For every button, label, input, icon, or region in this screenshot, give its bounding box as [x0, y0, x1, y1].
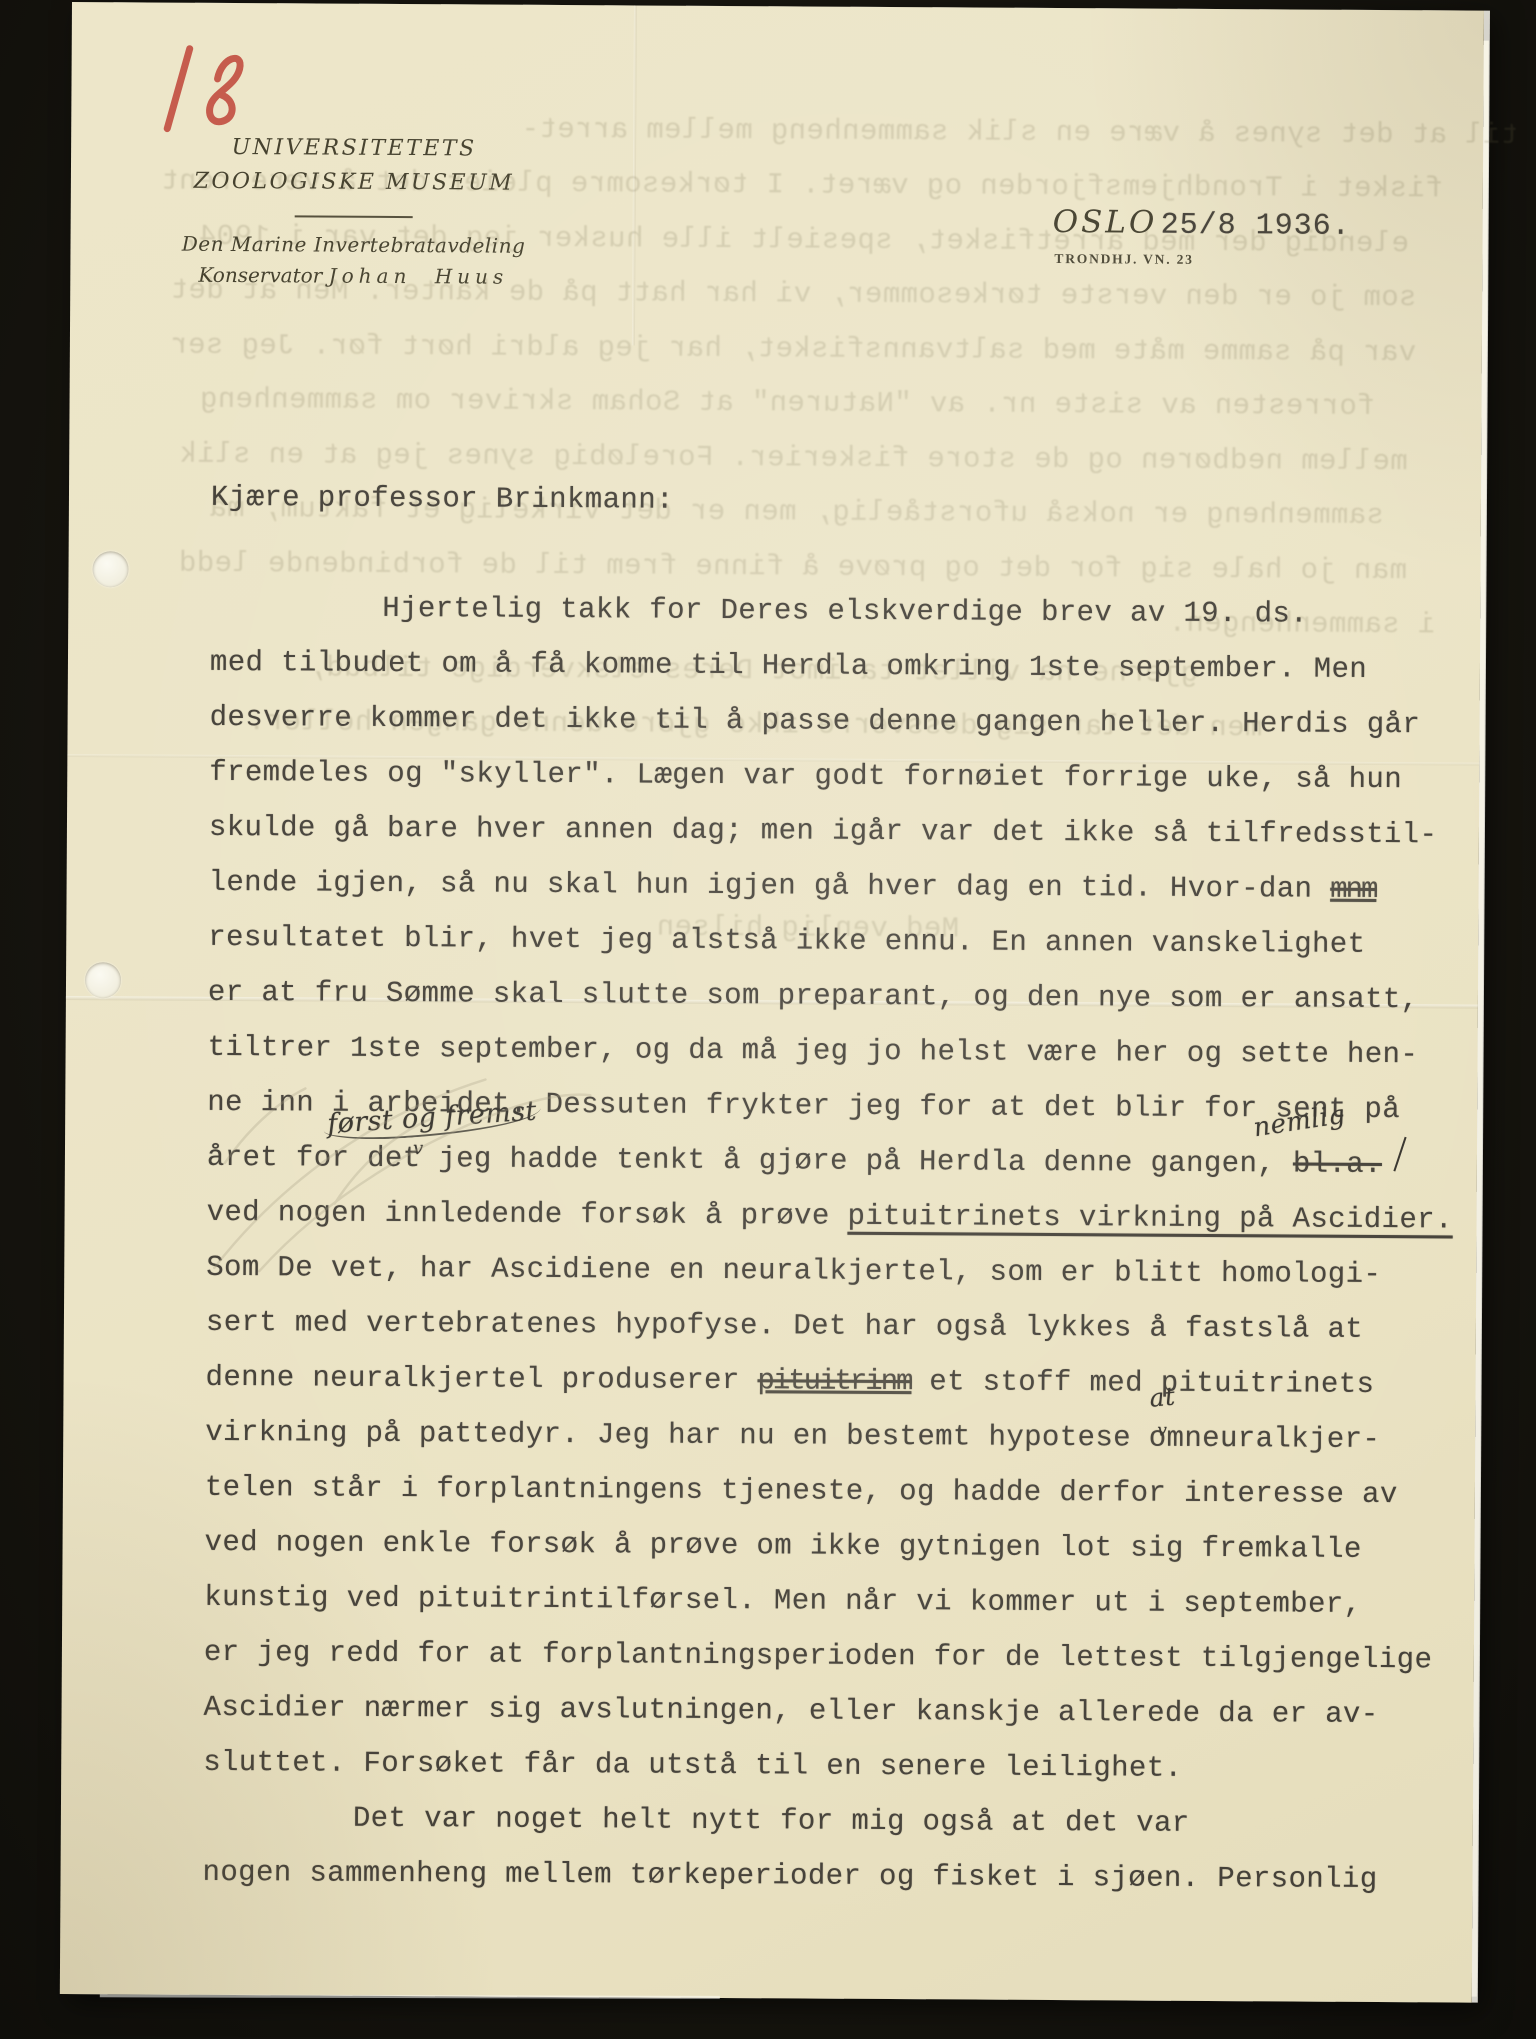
bleedthrough-line: mellem nedbøren og de store fiskerier. F…: [179, 438, 1408, 479]
body-line: desverre kommer det ikke til å passe den…: [209, 701, 1420, 752]
letterhead-curator: Konservator Johan Huus: [148, 258, 558, 293]
obliterated-word: pituitrinm: [757, 1364, 911, 1398]
body-line: nogen sammenheng mellem tørkeperioder og…: [202, 1856, 1377, 1907]
body-line: lende igjen, så nu skal hun igjen gå hve…: [208, 866, 1376, 917]
letterhead-department: Den Marine Invertebratavdeling: [148, 228, 558, 261]
letter-page: kjenner jeg til at det synes å være en s…: [60, 2, 1484, 2003]
curator-title: Konservator: [198, 263, 328, 288]
body-line: resultatet blir, hvet jeg alstså ikke en…: [208, 921, 1365, 972]
curator-name: Johan Huus: [329, 264, 509, 289]
paper-edge-highlight: [100, 1994, 720, 1999]
verso-bleedthrough: kjenner jeg til at det synes å være en s…: [192, 3, 1492, 11]
salutation: Kjære professor Brinkmann:: [211, 481, 674, 517]
bleedthrough-line: var på samme måte med saltvannsfisket, h…: [170, 329, 1416, 370]
obliterated-word: mnm: [1330, 873, 1376, 906]
body-text: neuralkjer-: [1184, 1422, 1380, 1456]
body-text: lende igjen, så nu skal hun igjen gå hve…: [209, 866, 1331, 906]
body-text: virkning på pattedyr. Jeg har nu en best…: [205, 1416, 1184, 1455]
body-line: fremdeles og "skyller". Lægen var godt f…: [209, 756, 1402, 807]
letterhead-rule: [295, 215, 413, 218]
scanned-letter-photo: { "letterhead": { "line1": "UNIVERSITETE…: [0, 0, 1536, 2039]
body-text: hadde tenkt å gjøre på Herdla denne gang…: [492, 1143, 1293, 1181]
letterhead-address: TRONDHJ. VN. 23: [1054, 251, 1193, 268]
body-line: er jeg redd for at forplantningsperioden…: [204, 1636, 1433, 1688]
body-line: denne neuralkjertel produserer pituitrin…: [205, 1361, 1374, 1412]
body-text: et stoff med pituitrinets: [911, 1365, 1374, 1401]
bleedthrough-line: kjenner jeg til at det synes å være en s…: [521, 113, 1536, 153]
vertical-crease: [632, 5, 637, 345]
body-line: er at fru Sømme skal slutte som preparan…: [208, 976, 1419, 1027]
body-line: Det var noget helt nytt for mig også at …: [203, 1801, 1190, 1851]
punch-hole: [85, 962, 121, 998]
body-line: sluttet. Forsøket får da utstå til en se…: [203, 1746, 1182, 1796]
body-text: denne neuralkjertel produserer: [206, 1361, 758, 1397]
body-line: kunstig ved pituitrintilførsel. Men når …: [204, 1581, 1361, 1632]
date-value: 25/8 1936.: [1161, 209, 1351, 244]
red-page-number: [155, 41, 276, 142]
body-line: skulde gå bare hver annen dag; men igår …: [209, 811, 1438, 863]
date-city: OSLO: [1053, 204, 1158, 241]
insert-caret: v: [1157, 1421, 1167, 1441]
body-line: med tilbudet om å få komme til Herdla om…: [210, 646, 1367, 697]
bleedthrough-line: forresten av siste nr. av "Naturen" at S…: [199, 383, 1374, 423]
underlined-phrase: pituitrinets virkning på Ascidier.: [847, 1200, 1452, 1237]
punch-hole: [92, 551, 128, 587]
letterhead: UNIVERSITETETS ZOOLOGISKE MUSEUM Den Mar…: [148, 130, 559, 293]
body-line: virkning på pattedyr. Jeg har nu en best…: [205, 1416, 1380, 1467]
letterhead-institution-line2: ZOOLOGISKE MUSEUM: [149, 164, 559, 201]
pencil-scribble-bleedthrough: [184, 1043, 605, 1276]
body-line: Hjertelig takk for Deres elskverdige bre…: [210, 591, 1308, 642]
body-line: Ascidier nærmer sig avslutningen, eller …: [203, 1691, 1378, 1742]
handwritten-stroke: [1393, 1137, 1406, 1172]
body-line: telen står i forplantningens tjeneste, o…: [205, 1471, 1398, 1522]
struck-word-bla: bl.a.: [1293, 1147, 1382, 1181]
body-line: ved nogen enkle forsøk å prøve om ikke g…: [204, 1526, 1361, 1577]
handwritten-insert-at: at: [1148, 1381, 1176, 1412]
bleedthrough-line: man jo hale sig for det og prøve å finne…: [178, 547, 1407, 588]
letterhead-institution-line1: UNIVERSITETETS: [149, 130, 559, 167]
body-line: sert med vertebratenes hypofyse. Det har…: [206, 1306, 1363, 1357]
